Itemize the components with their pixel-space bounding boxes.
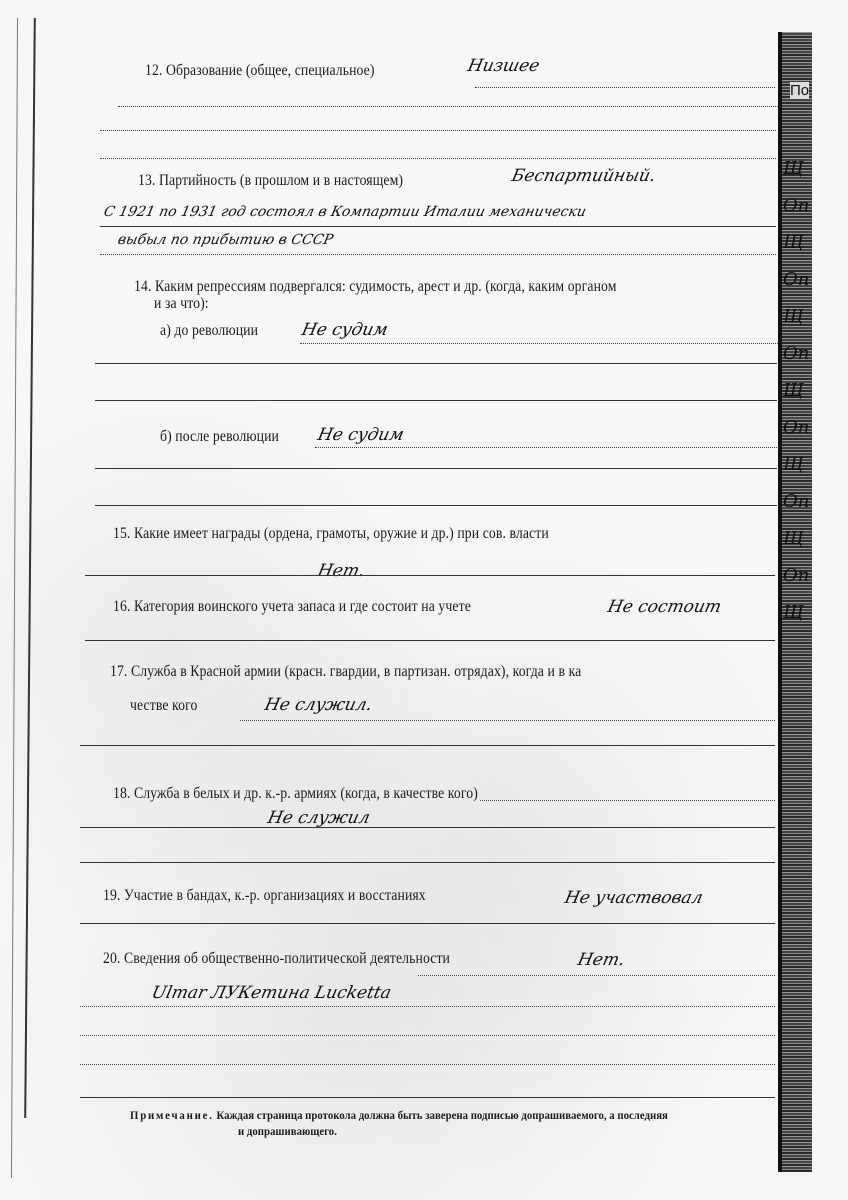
- question-15-answer: Нет.: [316, 561, 367, 581]
- strip-mark: Оп: [783, 557, 807, 594]
- left-margin-rule-inner: [24, 18, 35, 1118]
- question-18-label: 18. Служба в белых и др. к.-р. армиях (к…: [113, 785, 478, 803]
- question-14b-answer: Не судим: [316, 425, 406, 445]
- strip-mark: Щ: [783, 446, 807, 483]
- footnote-cont: и допрашивающего.: [238, 1124, 337, 1139]
- question-13-answer: Беспартийный.: [510, 166, 658, 186]
- question-12-answer: Низшее: [466, 56, 542, 76]
- question-17-label-cont: честве кого: [130, 697, 197, 715]
- strip-mark: Оп: [783, 335, 807, 372]
- question-14-label-cont: и за что):: [154, 295, 209, 313]
- strip-mark: Оп: [783, 261, 807, 298]
- strip-mark: Щ: [783, 150, 807, 187]
- question-19-label: 19. Участие в бандах, к.-р. организациях…: [103, 887, 426, 905]
- footnote-title: Примечание.: [130, 1108, 214, 1122]
- strip-mark: Щ: [783, 520, 807, 557]
- question-20-answer: Нет.: [576, 950, 627, 970]
- question-14a-label: а) до революции: [160, 322, 258, 340]
- left-margin-rule: [11, 18, 18, 1178]
- question-15-label: 15. Какие имеет награды (ордена, грамоты…: [113, 525, 549, 543]
- question-14a-answer: Не судим: [300, 320, 390, 340]
- strip-mark: Щ: [783, 594, 807, 631]
- strip-mark: Щ: [783, 372, 807, 409]
- question-13-label: 13. Партийность (в прошлом и в настоящем…: [138, 172, 403, 190]
- strip-mark: Оп: [783, 187, 807, 224]
- question-18-answer: Не служил: [266, 808, 372, 828]
- footnote-text: Каждая страница протокола должна быть за…: [216, 1108, 667, 1122]
- strip-mark: Щ: [783, 298, 807, 335]
- strip-label: По: [790, 82, 809, 99]
- question-13-answer-line-2: выбыл по прибытию в СССР: [116, 232, 334, 248]
- question-13-answer-line-1: С 1921 по 1931 год состоял в Компартии И…: [102, 204, 587, 220]
- strip-marks: ЩОпЩОпЩОпЩОпЩОпЩОпЩ: [783, 150, 807, 631]
- question-12-label: 12. Образование (общее, специальное): [145, 62, 375, 80]
- strip-mark: Щ: [783, 224, 807, 261]
- strip-mark: Оп: [783, 483, 807, 520]
- question-19-answer: Не участвовал: [563, 888, 705, 908]
- signature: Ulmar ЛУКетина Lucketta: [150, 983, 393, 1003]
- document-page: По ЩОпЩОпЩОпЩОпЩОпЩОпЩ 12. Образование (…: [0, 0, 848, 1200]
- question-14b-label: б) после революции: [160, 428, 279, 446]
- question-17-answer: Не служил.: [263, 695, 374, 715]
- question-16-answer: Не состоит: [606, 597, 723, 617]
- question-16-label: 16. Категория воинского учета запаса и г…: [113, 598, 471, 616]
- question-20-label: 20. Сведения об общественно-политической…: [103, 950, 450, 968]
- strip-mark: Оп: [783, 409, 807, 446]
- footnote: Примечание. Каждая страница протокола до…: [130, 1108, 668, 1123]
- question-14-label: 14. Каким репрессиям подвергался: судимо…: [134, 278, 617, 296]
- question-17-label: 17. Служба в Красной армии (красн. гвард…: [110, 663, 581, 681]
